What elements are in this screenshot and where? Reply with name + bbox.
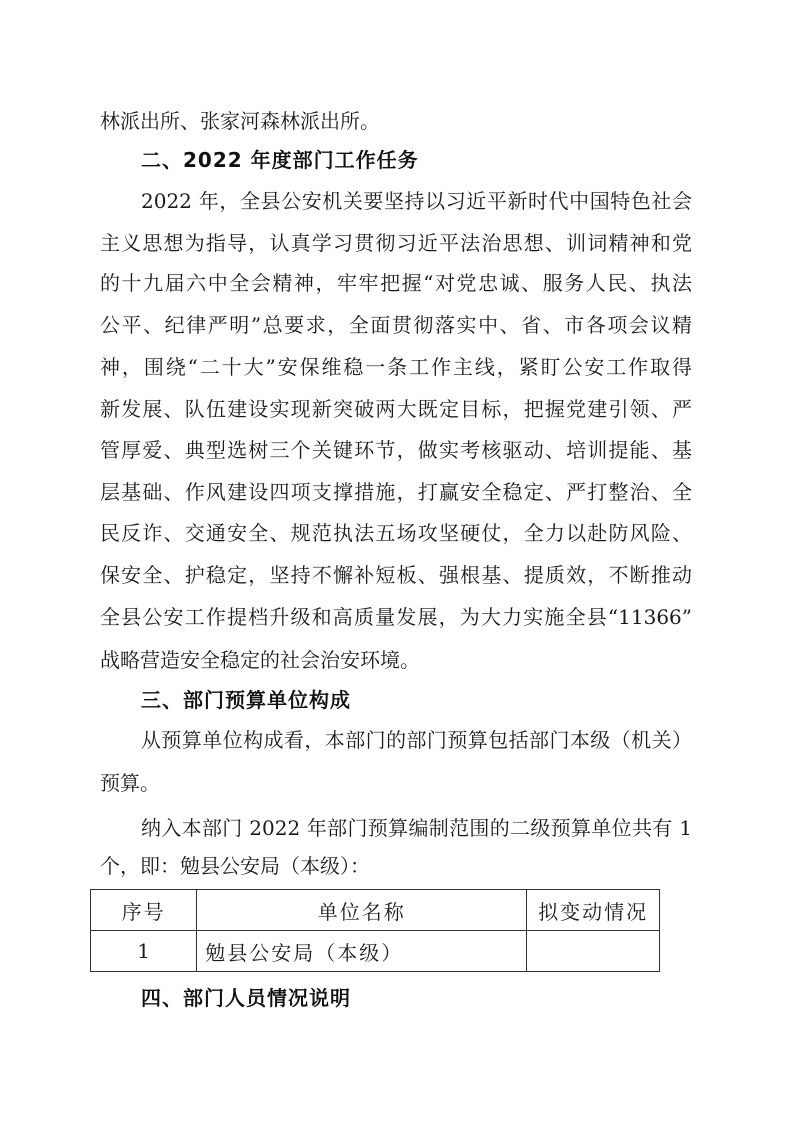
cell-planned-change (527, 931, 660, 972)
intro-tail-line: 林派出所、张家河森林派出所。 (100, 106, 692, 136)
section-3-heading: 三、部门预算单位构成 (141, 685, 351, 715)
cell-serial-number: 1 (91, 931, 197, 972)
section-4-heading: 四、部门人员情况说明 (141, 983, 351, 1013)
section-2-paragraph-line: 新发展、队伍建设实现新突破两大既定目标，把握党建引领、严 (100, 394, 692, 424)
section-3-paragraph-1-line: 从预算单位构成看，本部门的部门预算包括部门本级（机关） (141, 725, 692, 755)
section-2-paragraph-line: 管厚爱、典型选树三个关键环节，做实考核驱动、培训提能、基 (100, 435, 692, 465)
header-unit-name: 单位名称 (197, 890, 527, 931)
header-serial-number: 序号 (91, 890, 197, 931)
section-2-paragraph-line: 保安全、护稳定，坚持不懈补短板、强根基、提质效，不断推动 (100, 560, 692, 590)
section-2-paragraph-line: 全县公安工作提档升级和高质量发展，为大力实施全县“11366” (100, 602, 692, 632)
section-2-paragraph-line: 神，围绕“二十大”安保维稳一条工作主线，紧盯公安工作取得 (100, 352, 692, 382)
section-3-paragraph-2-line: 纳入本部门 2022 年部门预算编制范围的二级预算单位共有 1 (141, 813, 692, 843)
document-page: 林派出所、张家河森林派出所。 二、2022 年度部门工作任务 2022 年，全县… (0, 0, 793, 1122)
section-2-paragraph-line: 2022 年，全县公安机关要坚持以习近平新时代中国特色社会 (141, 186, 692, 216)
section-2-paragraph-line: 民反诈、交通安全、规范执法五场攻坚硬仗，全力以赴防风险、 (100, 518, 692, 548)
table-row: 1 勉县公安局（本级） (91, 931, 660, 972)
section-2-paragraph-line: 层基础、作风建设四项支撑措施，打赢安全稳定、严打整治、全 (100, 477, 692, 507)
section-2-heading: 二、2022 年度部门工作任务 (141, 145, 419, 175)
header-planned-change: 拟变动情况 (527, 890, 660, 931)
section-2-paragraph-line: 的十九届六中全会精神，牢牢把握“对党忠诚、服务人民、执法 (100, 268, 692, 298)
section-3-paragraph-2-line: 个，即：勉县公安局（本级）： (100, 851, 692, 881)
budget-units-table: 序号 单位名称 拟变动情况 1 勉县公安局（本级） (90, 889, 660, 972)
section-2-paragraph-line: 战略营造安全稳定的社会治安环境。 (100, 645, 692, 675)
section-3-paragraph-1-line: 预算。 (100, 768, 692, 798)
section-2-paragraph-line: 主义思想为指导，认真学习贯彻习近平法治思想、训词精神和党 (100, 228, 692, 258)
section-2-paragraph-line: 公平、纪律严明”总要求，全面贯彻落实中、省、市各项会议精 (100, 310, 692, 340)
cell-unit-name: 勉县公安局（本级） (197, 931, 527, 972)
table-header-row: 序号 单位名称 拟变动情况 (91, 890, 660, 931)
